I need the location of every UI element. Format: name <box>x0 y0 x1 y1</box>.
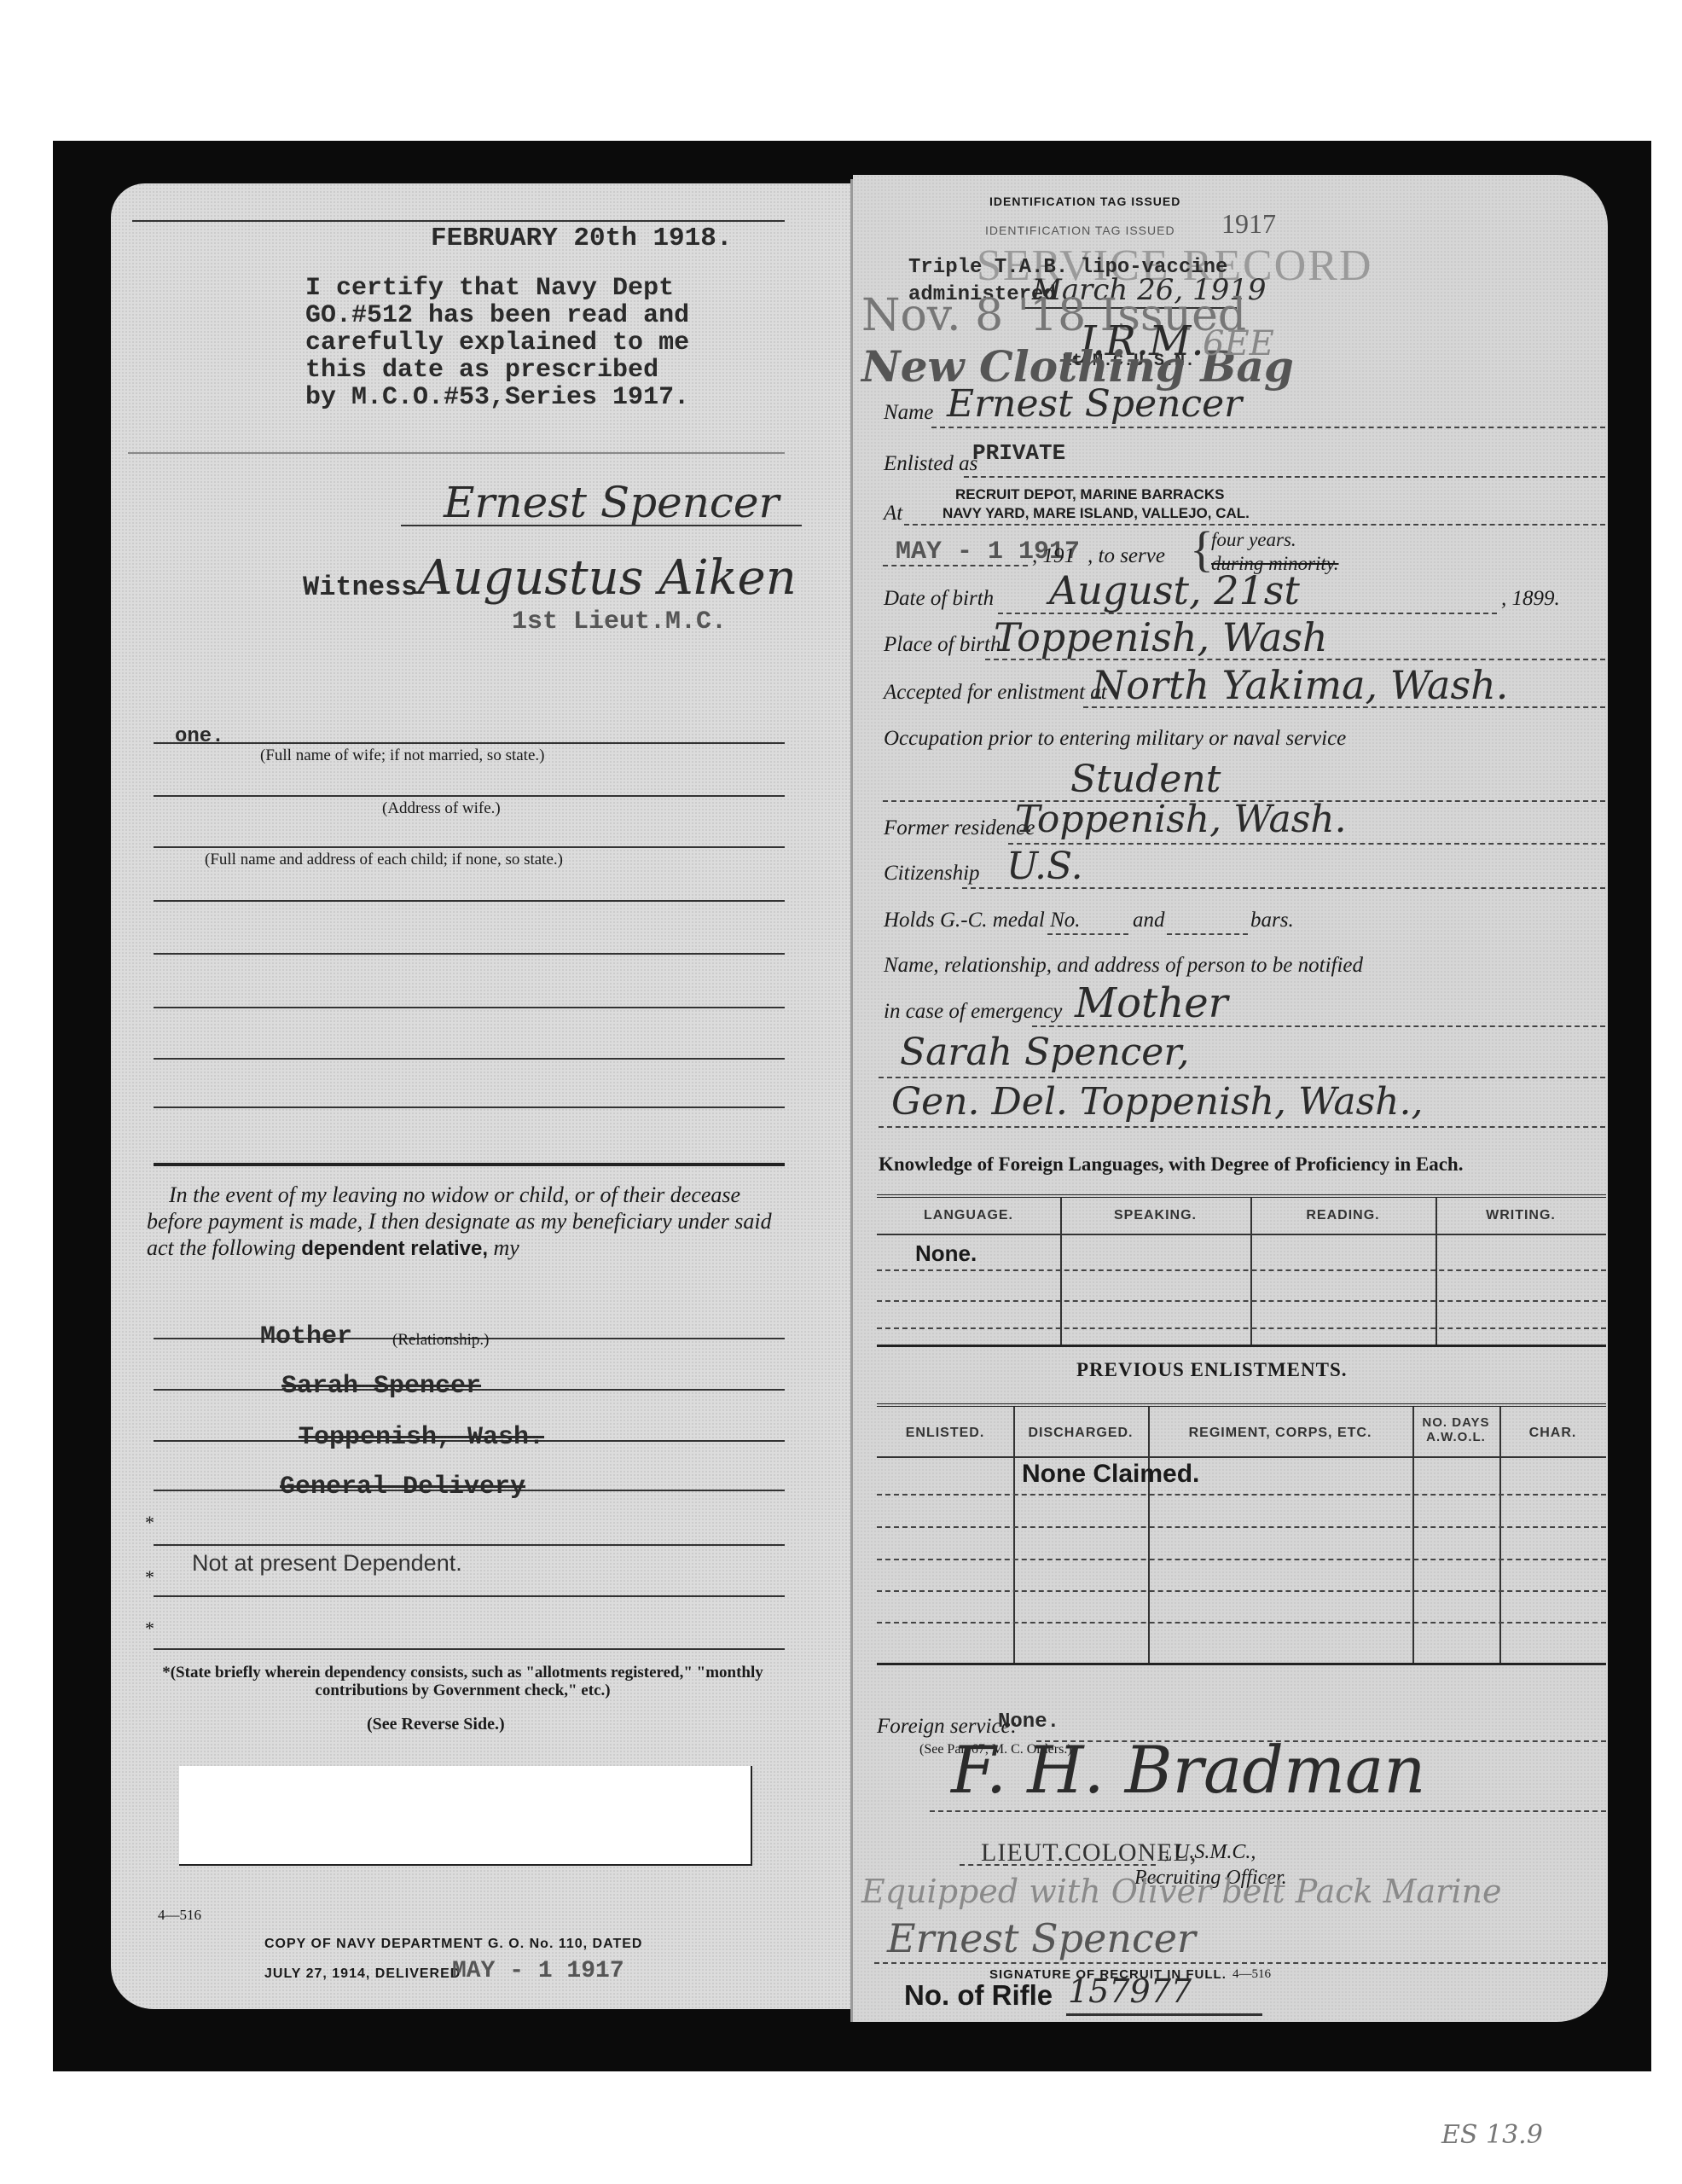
children-line-5 <box>154 1058 785 1060</box>
prev-row-line <box>877 1622 1606 1623</box>
enlisted-as-value: PRIVATE <box>972 440 1065 466</box>
dependency-line-2 <box>154 1595 785 1597</box>
cert-line: this date as prescribed <box>305 357 689 384</box>
lang-row-line <box>877 1300 1606 1302</box>
col-divider <box>1013 1407 1015 1663</box>
witness-signature: Augustus Aiken <box>418 550 797 606</box>
pob-value: Toppenish, Wash <box>994 614 1328 660</box>
prev-header-regiment: REGIMENT, CORPS, ETC. <box>1148 1426 1412 1441</box>
notify-label-1: Name, relationship, and address of perso… <box>884 954 1363 978</box>
id-tag-line-2: IDENTIFICATION TAG ISSUED <box>985 224 1175 237</box>
at-value-1: RECRUIT DEPOT, MARINE BARRACKS <box>955 486 1224 503</box>
former-residence-label: Former residence <box>884 816 1035 840</box>
certification-date: FEBRUARY 20th 1918. <box>431 224 732 253</box>
year-prefix: , 191 <box>1032 544 1075 568</box>
pob-label: Place of birth <box>884 633 1000 657</box>
rifle-number: 157977 <box>1068 1972 1192 2010</box>
none-claimed-stamp: None Claimed. <box>1022 1460 1199 1489</box>
left-page <box>111 183 853 2009</box>
medal-label: Holds G.-C. medal No. <box>884 909 1081 932</box>
children-line-4 <box>154 1007 785 1008</box>
prev-row-line <box>877 1494 1606 1496</box>
at-value-2: NAVY YARD, MARE ISLAND, VALLEJO, CAL. <box>942 505 1250 522</box>
foreign-service-value: None. <box>998 1711 1059 1734</box>
name-value: Ernest Spencer <box>947 382 1242 426</box>
dependency-marker-3: * <box>145 1618 154 1640</box>
beneficiary-address-2: General Delivery <box>280 1472 525 1501</box>
citizenship-label: Citizenship <box>884 862 980 886</box>
lang-header-writing: WRITING. <box>1435 1208 1606 1223</box>
rifle-number-line <box>1066 2013 1262 2016</box>
enlistment-date-line <box>883 565 1028 566</box>
recruit-signature-right: Ernest Spencer <box>887 1915 1196 1961</box>
former-residence-value: Toppenish, Wash. <box>1015 798 1347 841</box>
signature-line <box>401 525 802 526</box>
witness-title: 1st Lieut.M.C. <box>512 607 727 636</box>
beneficiary-intro: In the event of my leaving no widow or c… <box>147 1182 778 1262</box>
prev-row-line <box>877 1559 1606 1560</box>
officer-signature-line <box>930 1810 1606 1812</box>
prev-header-enlisted: ENLISTED. <box>877 1426 1013 1441</box>
medal-bars: bars. <box>1250 909 1294 932</box>
officer-signature: F. H. Bradman <box>951 1732 1425 1808</box>
see-reverse: (See Reverse Side.) <box>367 1715 505 1734</box>
occupation-value: Student <box>1070 758 1221 801</box>
prev-header-rule <box>877 1456 1606 1458</box>
col-divider <box>1148 1407 1150 1663</box>
id-tag-year: 1917 <box>1221 208 1276 240</box>
children-line-6 <box>154 1107 785 1108</box>
delivered-stamp: MAY - 1 1917 <box>452 1958 624 1984</box>
cert-line: I certify that Navy Dept <box>305 275 689 302</box>
section-rule <box>154 1163 785 1166</box>
witness-label: Witness <box>303 572 417 603</box>
dob-year: , 1899. <box>1501 587 1560 611</box>
dob-label: Date of birth <box>884 587 994 611</box>
to-serve-label: , to serve <box>1087 544 1165 568</box>
notify-label-2: in case of emergency <box>884 1000 1062 1024</box>
medal-and: and <box>1133 909 1165 932</box>
beneficiary-name: Sarah Spencer <box>281 1372 481 1401</box>
recruit-signature-line <box>874 1962 1606 1964</box>
notify-address: Gen. Del. Toppenish, Wash., <box>891 1080 1423 1124</box>
notify-relationship: Mother <box>1075 979 1228 1027</box>
dependency-note: *(State briefly wherein dependency consi… <box>145 1664 780 1699</box>
archive-mark: ES 13.9 <box>1441 2120 1543 2150</box>
rifle-label: No. of Rifle <box>904 1979 1053 2012</box>
beneficiary-address: Toppenish, Wash. <box>299 1423 544 1452</box>
cert-line: carefully explained to me <box>305 329 689 357</box>
enlisted-as-line <box>964 476 1605 478</box>
lang-header-language: LANGUAGE. <box>877 1208 1060 1223</box>
relationship-value: Mother <box>260 1322 352 1351</box>
dependency-value: Not at present Dependent. <box>192 1550 462 1577</box>
at-line <box>904 524 1605 526</box>
serve-option-four-years: four years. <box>1211 529 1296 551</box>
children-line-3 <box>154 953 785 955</box>
at-label: At <box>884 502 902 526</box>
lang-row-line <box>877 1327 1606 1329</box>
top-rule <box>132 220 785 222</box>
id-tag-line-1: IDENTIFICATION TAG ISSUED <box>989 195 1180 208</box>
equipped-note: Equipped with Oliver belt Pack Marine <box>861 1873 1501 1910</box>
cert-line: GO.#512 has been read and <box>305 302 689 329</box>
prev-header-char: CHAR. <box>1499 1426 1606 1441</box>
wife-value: one. <box>175 725 224 748</box>
children-line <box>154 846 785 848</box>
dependency-line-1 <box>154 1544 785 1546</box>
lang-header-reading: READING. <box>1250 1208 1435 1223</box>
medal-bars-line <box>1167 933 1248 935</box>
accepted-value: North Yakima, Wash. <box>1092 662 1508 708</box>
previous-heading: PREVIOUS ENLISTMENTS. <box>1076 1359 1348 1381</box>
prev-row-line <box>877 1526 1606 1528</box>
wife-caption: (Full name of wife; if not married, so s… <box>260 746 544 765</box>
languages-heading: Knowledge of Foreign Languages, with Deg… <box>879 1153 1463 1176</box>
officer-rank-line <box>960 1864 1156 1866</box>
citizenship-value: U.S. <box>1006 845 1083 888</box>
officer-branch: , U.S.M.C., <box>1164 1841 1256 1864</box>
blank-slip <box>179 1766 752 1866</box>
prev-header-awol: NO. DAYS A.W.O.L. <box>1414 1415 1498 1444</box>
certification-text: I certify that Navy Dept GO.#512 has bee… <box>305 275 689 411</box>
dob-value: August, 21st <box>1049 567 1300 613</box>
languages-table: LANGUAGE. SPEAKING. READING. WRITING. No… <box>877 1194 1606 1347</box>
beneficiary-intro-bold: dependent relative, <box>301 1237 488 1260</box>
lang-header-speaking: SPEAKING. <box>1060 1208 1250 1223</box>
former-residence-line <box>1008 843 1605 845</box>
copy-notice-line-2: JULY 27, 1914, DELIVERED <box>264 1966 461 1982</box>
col-divider <box>1499 1407 1501 1663</box>
dependency-marker: * <box>145 1512 154 1534</box>
prev-row-line <box>877 1590 1606 1592</box>
dependency-marker-2: * <box>145 1566 154 1589</box>
lang-row-line <box>877 1269 1606 1271</box>
recruit-signature-left: Ernest Spencer <box>444 478 779 527</box>
lang-header-rule <box>877 1234 1606 1235</box>
beneficiary-intro-end: my <box>494 1235 519 1260</box>
accepted-label: Accepted for enlistment at <box>884 681 1107 705</box>
col-divider <box>1412 1407 1414 1663</box>
children-caption: (Full name and address of each child; if… <box>205 851 563 869</box>
children-line-2 <box>154 900 785 902</box>
code-mark: 6EE <box>1203 324 1274 363</box>
cert-line: by M.C.O.#53,Series 1917. <box>305 384 689 411</box>
wife-address-caption: (Address of wife.) <box>382 799 501 818</box>
lang-row-value: None. <box>915 1240 977 1267</box>
wife-line <box>154 742 785 744</box>
right-form-number: 4—516 <box>1232 1967 1271 1982</box>
enlisted-as-label: Enlisted as <box>884 452 977 476</box>
occupation-label: Occupation prior to entering military or… <box>884 727 1346 751</box>
notify-line-3 <box>879 1126 1605 1128</box>
copy-notice-line-1: COPY OF NAVY DEPARTMENT G. O. No. 110, D… <box>264 1937 642 1952</box>
left-form-number: 4—516 <box>158 1907 201 1924</box>
name-line <box>931 427 1605 428</box>
medal-number-line <box>1047 933 1128 935</box>
wife-address-line <box>154 795 785 797</box>
prev-header-discharged: DISCHARGED. <box>1013 1426 1148 1441</box>
notify-line-2 <box>879 1077 1605 1078</box>
notify-name: Sarah Spencer, <box>900 1031 1190 1074</box>
relationship-caption: (Relationship.) <box>392 1331 489 1350</box>
dependency-line-3 <box>154 1648 785 1650</box>
cert-rule <box>128 452 785 454</box>
name-label: Name <box>884 401 933 425</box>
previous-enlistments-table: ENLISTED. DISCHARGED. REGIMENT, CORPS, E… <box>877 1403 1606 1665</box>
